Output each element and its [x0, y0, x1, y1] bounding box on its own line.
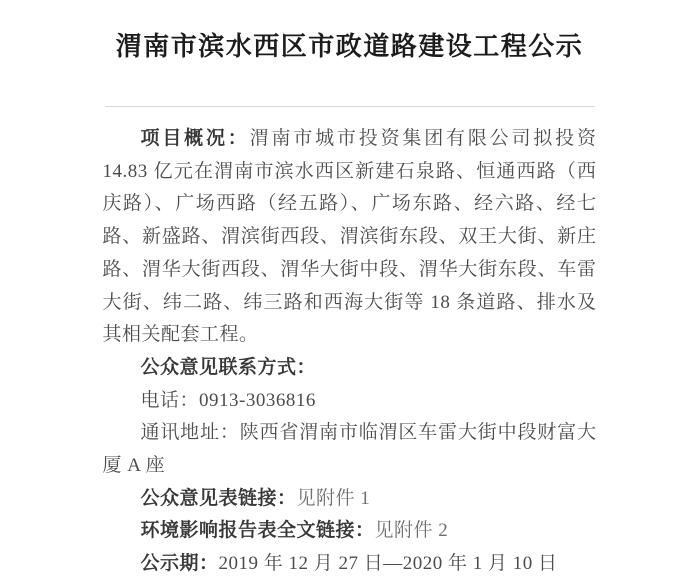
paragraph-overview: 项目概况：渭南市城市投资集团有限公司拟投资 14.83 亿元在渭南市滨水西区新建… [103, 123, 597, 352]
page-title: 渭南市滨水西区市政道路建设工程公示 [0, 0, 699, 63]
paragraph-feedback-link: 公众意见表链接：见附件 1 [103, 483, 597, 516]
feedback-link-label: 公众意见表链接： [141, 488, 297, 509]
paragraph-phone: 电话：0913-3036816 [103, 385, 597, 418]
period-label: 公示期： [141, 553, 219, 574]
report-link-label: 环境影响报告表全文链接： [141, 520, 375, 541]
overview-text: 渭南市城市投资集团有限公司拟投资 14.83 亿元在渭南市滨水西区新建石泉路、恒… [103, 128, 597, 345]
phone-label: 电话： [141, 390, 200, 411]
paragraph-address: 通讯地址：陕西省渭南市临渭区车雷大街中段财富大厦 A 座 [103, 417, 597, 482]
paragraph-report-link: 环境影响报告表全文链接：见附件 2 [103, 515, 597, 548]
paragraph-contact-heading: 公众意见联系方式： [103, 352, 597, 385]
phone-value: 0913-3036816 [199, 390, 316, 411]
period-value: 2019 年 12 月 27 日—2020 年 1 月 10 日 [219, 553, 558, 574]
paragraph-period: 公示期：2019 年 12 月 27 日—2020 年 1 月 10 日 [103, 548, 597, 581]
title-divider [105, 106, 595, 107]
address-label: 通讯地址： [141, 422, 240, 443]
feedback-attachment-link[interactable]: 见附件 1 [297, 488, 371, 509]
overview-label: 项目概况： [141, 128, 250, 149]
report-attachment-link[interactable]: 见附件 2 [375, 520, 449, 541]
notice-page: 渭南市滨水西区市政道路建设工程公示 项目概况：渭南市城市投资集团有限公司拟投资 … [0, 0, 699, 588]
contact-heading: 公众意见联系方式： [141, 357, 317, 378]
notice-body: 项目概况：渭南市城市投资集团有限公司拟投资 14.83 亿元在渭南市滨水西区新建… [103, 123, 597, 581]
